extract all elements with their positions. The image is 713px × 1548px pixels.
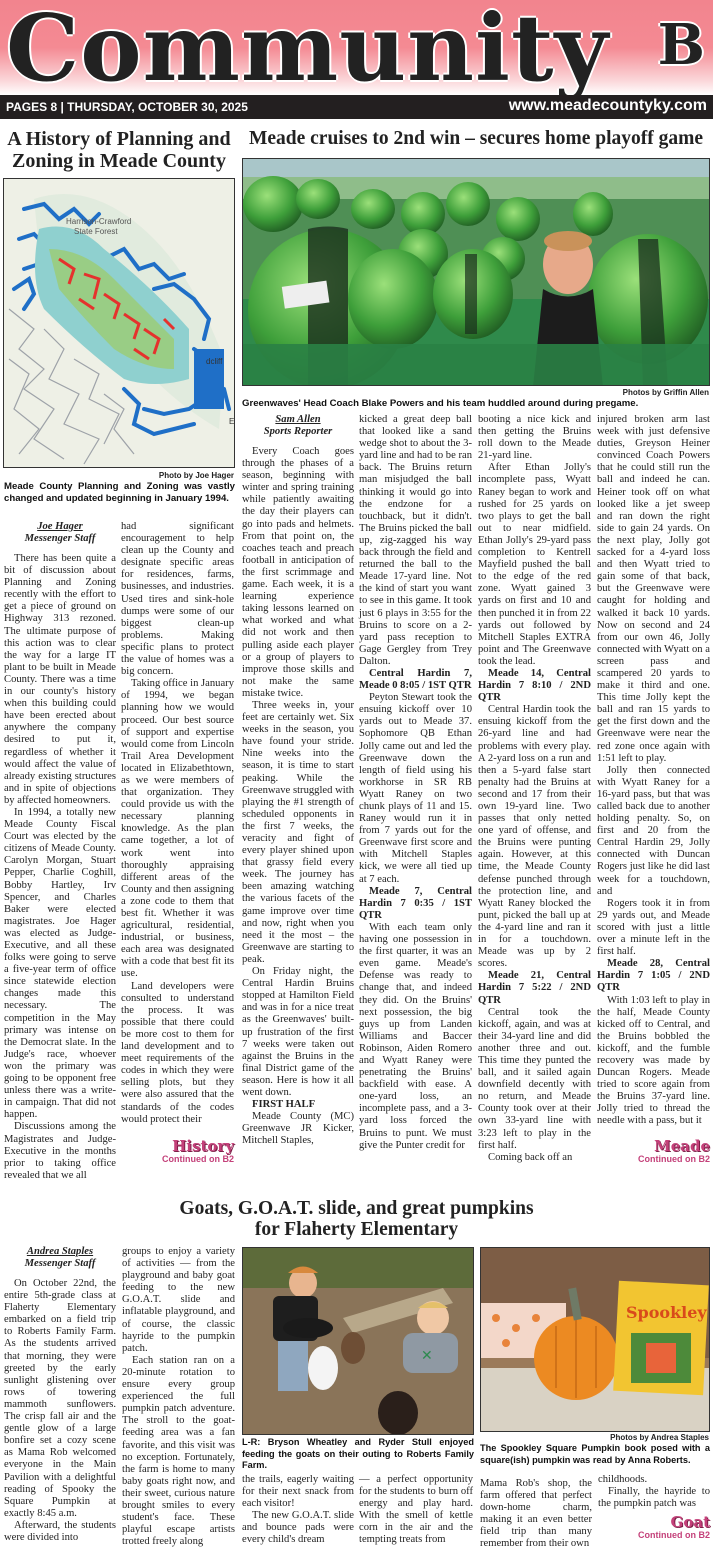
article-paragraph: Taking office in January of 1994, we beg… — [121, 678, 234, 980]
football-photo-caption: Greenwaves' Head Coach Blake Powers and … — [242, 398, 710, 410]
jump-word: Goat — [610, 1514, 710, 1530]
football-huddle-graphic — [243, 159, 710, 386]
football-column-2: kicked a great deep ball that looked lik… — [359, 414, 472, 1152]
article-paragraph: groups to enjoy a variety of activities … — [122, 1246, 235, 1355]
pumpkin-photo-credit: Photos by Andrea Staples — [480, 1433, 709, 1442]
article-paragraph: Coming back off an — [478, 1152, 591, 1164]
article-paragraph: had significant encouragement to help cl… — [121, 521, 234, 678]
article-subhead: Meade 14, Central Hardin 7 8:10 / 2ND QT… — [478, 668, 591, 704]
article-paragraph: Finally, the hayride to the pumpkin patc… — [598, 1486, 710, 1510]
jump-continued: Continued on B2 — [134, 1154, 234, 1164]
article-subhead: Meade 21, Central Hardin 7 5:22 / 2ND QT… — [478, 970, 591, 1006]
article-paragraph: Discussions among the Magistrates and Ju… — [4, 1121, 116, 1181]
svg-text:E: E — [229, 417, 234, 426]
svg-text:dcliff: dcliff — [206, 357, 223, 366]
goats-column-4: — a perfect opportunity for the students… — [359, 1474, 473, 1547]
history-photo-caption: Meade County Planning and Zoning was vas… — [4, 481, 235, 505]
article-paragraph: The new G.O.A.T. slide and bounce pads w… — [242, 1510, 354, 1546]
article-paragraph: With each team only having one possessio… — [359, 922, 472, 1152]
history-photo-credit: Photo by Joe Hager — [4, 471, 234, 480]
book-title: Spookley — [626, 1303, 707, 1322]
goats-column-2: groups to enjoy a variety of activities … — [122, 1246, 235, 1548]
goats-byline: Andrea Staples Messenger Staff — [4, 1246, 116, 1270]
byline-name: Andrea Staples — [4, 1246, 116, 1258]
svg-text:✕: ✕ — [421, 1347, 433, 1363]
goats-jump-link[interactable]: Goat Continued on B2 — [610, 1514, 710, 1540]
byline-title: Sports Reporter — [264, 426, 333, 437]
article-paragraph: childhoods. — [598, 1474, 710, 1486]
article-paragraph: There has been quite a bit of discussion… — [4, 553, 116, 807]
goats-headline: Goats, G.O.A.T. slide, and great pumpkin… — [100, 1198, 613, 1241]
website-link[interactable]: www.meadecountyky.com — [509, 97, 707, 115]
goats-column-3: the trails, eagerly waiting for their ne… — [242, 1474, 354, 1547]
zoning-map-photo: Harrison-Crawford State Forest dcliff E — [3, 178, 235, 468]
history-headline: A History of Planning and Zoning in Mead… — [4, 128, 234, 172]
headline-line-1: Goats, G.O.A.T. slide, and great pumpkin… — [100, 1198, 613, 1219]
goat-feeding-photo: ✕ — [242, 1247, 474, 1435]
article-paragraph: After Ethan Jolly's incomplete pass, Wya… — [478, 462, 591, 668]
football-column-4: injured broken arm last week with just d… — [597, 414, 710, 1128]
article-paragraph: Mama Rob's shop, the farm offered that p… — [480, 1478, 592, 1548]
article-paragraph: Every Coach goes through the phases of a… — [242, 446, 354, 700]
football-photo-credit: Photos by Griffin Allen — [500, 388, 709, 397]
article-paragraph: Rogers took it in from 29 yards out, and… — [597, 898, 710, 958]
byline-name: Joe Hager — [4, 521, 116, 533]
byline-name: Sam Allen — [242, 414, 354, 426]
article-paragraph: On October 22nd, the entire 5th-grade cl… — [4, 1278, 116, 1520]
article-paragraph: With 1:03 left to play in the half, Mead… — [597, 995, 710, 1128]
zoning-map-graphic: Harrison-Crawford State Forest dcliff E — [4, 179, 235, 468]
svg-text:State Forest: State Forest — [74, 227, 118, 236]
jump-continued: Continued on B2 — [610, 1530, 710, 1540]
goat-feeding-graphic: ✕ — [243, 1248, 474, 1435]
pumpkin-book-photo: Spookley — [480, 1247, 710, 1432]
football-column-1: Sam Allen Sports Reporter Every Coach go… — [242, 414, 354, 1147]
history-column-2: had significant encouragement to help cl… — [121, 521, 234, 1126]
section-title: Community — [6, 0, 609, 102]
history-column-1: Joe Hager Messenger Staff There has been… — [4, 521, 116, 1182]
football-headline: Meade cruises to 2nd win – secures home … — [242, 128, 710, 149]
pumpkin-book-graphic: Spookley — [481, 1248, 710, 1432]
jump-continued: Continued on B2 — [610, 1154, 710, 1164]
article-paragraph: the trails, eagerly waiting for their ne… — [242, 1474, 354, 1510]
article-subhead: FIRST HALF — [242, 1099, 354, 1111]
article-paragraph: Land developers were consulted to unders… — [121, 981, 234, 1126]
dateline-bar: PAGES 8 | THURSDAY, OCTOBER 30, 2025 www… — [0, 95, 713, 119]
article-paragraph: Central Hardin took the ensuing kickoff … — [478, 704, 591, 970]
article-subhead: Central Hardin 7, Meade 0 8:05 / 1ST QTR — [359, 668, 472, 692]
article-subhead: Meade 28, Central Hardin 7 1:05 / 2ND QT… — [597, 958, 710, 994]
article-paragraph: Peyton Stewart took the ensuing kickoff … — [359, 692, 472, 886]
svg-text:Harrison-Crawford: Harrison-Crawford — [66, 217, 131, 226]
article-paragraph: Three weeks in, your feet are certainly … — [242, 700, 354, 966]
goats-column-1: Andrea Staples Messenger Staff On Octobe… — [4, 1246, 116, 1544]
article-paragraph: kicked a great deep ball that looked lik… — [359, 414, 472, 668]
article-paragraph: — a perfect opportunity for the students… — [359, 1474, 473, 1547]
article-paragraph: booting a nice kick and then getting the… — [478, 414, 591, 462]
article-paragraph: Meade County (MC) Greenwave JR Kicker, M… — [242, 1111, 354, 1147]
jump-word: History — [134, 1138, 234, 1154]
football-column-3: booting a nice kick and then getting the… — [478, 414, 591, 1164]
goats-column-6: childhoods. Finally, the hayride to the … — [598, 1474, 710, 1510]
pumpkin-photo-caption: The Spookley Square Pumpkin book posed w… — [480, 1443, 710, 1466]
history-jump-link[interactable]: History Continued on B2 — [134, 1138, 234, 1164]
article-paragraph: On Friday night, the Central Hardin Brui… — [242, 966, 354, 1099]
masthead: Community B — [0, 0, 713, 95]
page-date: PAGES 8 | THURSDAY, OCTOBER 30, 2025 — [6, 100, 248, 114]
article-paragraph: Afterward, the students were divided int… — [4, 1520, 116, 1544]
section-letter: B — [658, 12, 705, 78]
article-subhead: Meade 7, Central Hardin 7 0:35 / 1ST QTR — [359, 886, 472, 922]
football-jump-link[interactable]: Meade Continued on B2 — [610, 1138, 710, 1164]
article-paragraph: injured broken arm last week with just d… — [597, 414, 710, 765]
article-paragraph: Each station ran on a 20-minute rotation… — [122, 1355, 235, 1548]
football-huddle-photo — [242, 158, 710, 386]
article-paragraph: Central took the kickoff, again, and was… — [478, 1007, 591, 1152]
jump-word: Meade — [610, 1138, 710, 1154]
goat-photo-caption: L-R: Bryson Wheatley and Ryder Stull enj… — [242, 1437, 474, 1472]
goats-column-5: Mama Rob's shop, the farm offered that p… — [480, 1478, 592, 1548]
byline-title: Messenger Staff — [25, 1258, 96, 1269]
byline-title: Messenger Staff — [25, 533, 96, 544]
headline-line-2: for Flaherty Elementary — [100, 1219, 613, 1240]
history-byline: Joe Hager Messenger Staff — [4, 521, 116, 545]
football-byline: Sam Allen Sports Reporter — [242, 414, 354, 438]
article-paragraph: Jolly then connected with Wyatt Raney fo… — [597, 765, 710, 898]
article-paragraph: In 1994, a totally new Meade County Fisc… — [4, 807, 116, 1121]
